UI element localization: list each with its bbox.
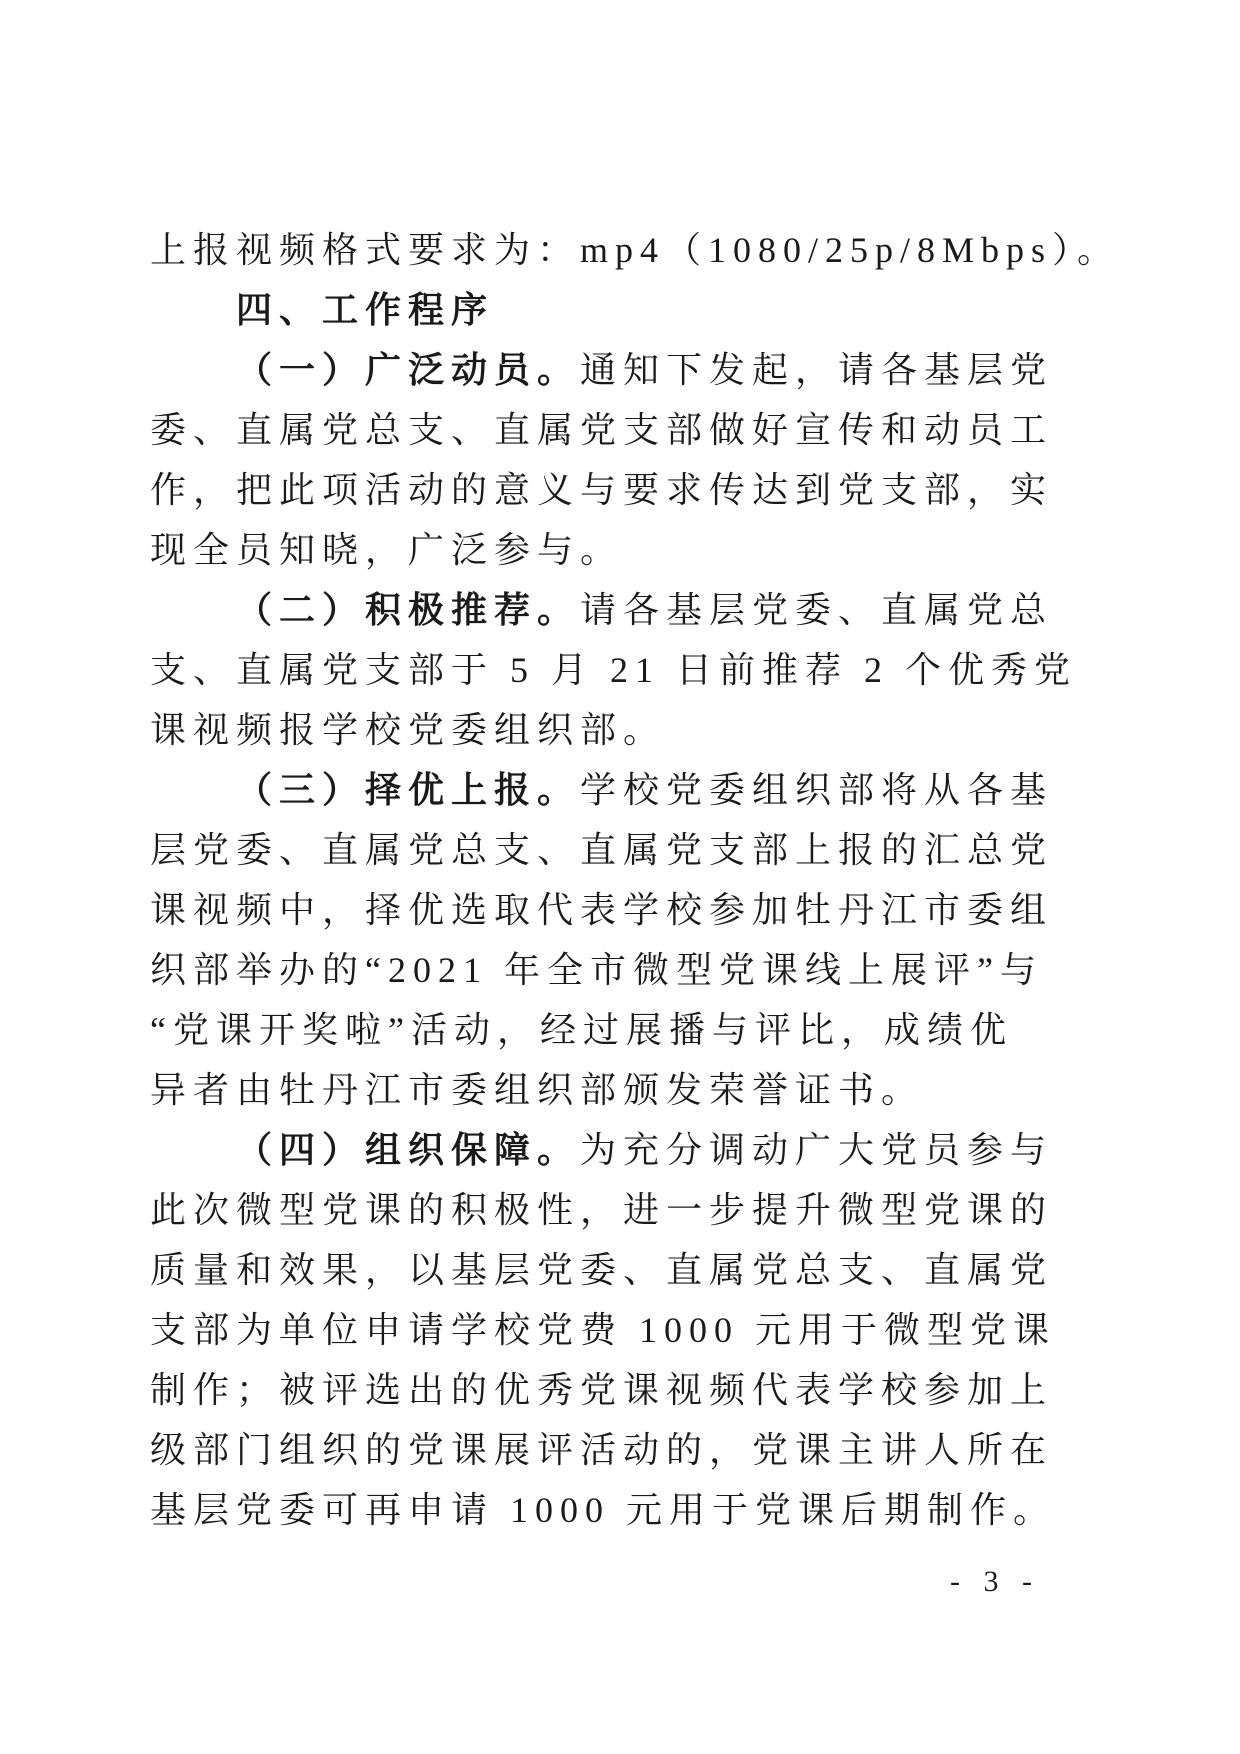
text-line: 织部举办的“2021 年全市微型党课线上展评”与 (150, 940, 1086, 1000)
text-line: 课视频报学校党委组织部。 (150, 700, 1086, 760)
text-line: 质量和效果，以基层党委、直属党总支、直属党 (150, 1240, 1086, 1300)
text-line: （一）广泛动员。通知下发起，请各基层党 (150, 340, 1086, 400)
bold-text-segment: （四）组织保障。 (236, 1130, 580, 1170)
text-line: 上报视频格式要求为：mp4（1080/25p/8Mbps）。 (150, 220, 1086, 280)
page-number: - 3 - (950, 1562, 1040, 1602)
text-line: （四）组织保障。为充分调动广大党员参与 (150, 1120, 1086, 1180)
text-line: “党课开奖啦”活动，经过展播与评比，成绩优 (150, 1000, 1086, 1060)
bold-text-segment: 四、工作程序 (236, 290, 494, 330)
text-segment: 学校党委组织部将从各基 (580, 770, 1053, 810)
text-segment: 课视频报学校党委组织部。 (150, 710, 666, 750)
text-line: 级部门组织的党课展评活动的，党课主讲人所在 (150, 1420, 1086, 1480)
bold-text-segment: （一）广泛动员。 (236, 350, 580, 390)
text-segment: 支部为单位申请学校党费 1000 元用于微型党课 (150, 1310, 1056, 1350)
text-segment: 上报视频格式要求为：mp4（1080/25p/8Mbps）。 (150, 230, 1120, 270)
text-segment: 制作；被评选出的优秀党课视频代表学校参加上 (150, 1370, 1053, 1410)
bold-text-segment: （三）择优上报。 (236, 770, 580, 810)
text-segment: 课视频中，择优选取代表学校参加牡丹江市委组 (150, 890, 1053, 930)
text-segment: 委、直属党总支、直属党支部做好宣传和动员工 (150, 410, 1053, 450)
text-segment: 层党委、直属党总支、直属党支部上报的汇总党 (150, 830, 1053, 870)
text-segment: 通知下发起，请各基层党 (580, 350, 1053, 390)
text-segment: 支、直属党支部于 5 月 21 日前推荐 2 个优秀党 (150, 650, 1077, 690)
text-line: （三）择优上报。学校党委组织部将从各基 (150, 760, 1086, 820)
text-segment: 级部门组织的党课展评活动的，党课主讲人所在 (150, 1430, 1053, 1470)
text-line: （二）积极推荐。请各基层党委、直属党总 (150, 580, 1086, 640)
text-segment: 质量和效果，以基层党委、直属党总支、直属党 (150, 1250, 1053, 1290)
text-segment: 现全员知晓，广泛参与。 (150, 530, 623, 570)
text-line: 异者由牡丹江市委组织部颁发荣誉证书。 (150, 1060, 1086, 1120)
text-line: 课视频中，择优选取代表学校参加牡丹江市委组 (150, 880, 1086, 940)
text-segment: 异者由牡丹江市委组织部颁发荣誉证书。 (150, 1070, 924, 1110)
document-body: 上报视频格式要求为：mp4（1080/25p/8Mbps）。四、工作程序（一）广… (150, 220, 1086, 1540)
text-segment: 织部举办的“2021 年全市微型党课线上展评”与 (150, 950, 1043, 990)
text-segment: 为充分调动广大党员参与 (580, 1130, 1053, 1170)
text-segment: 请各基层党委、直属党总 (580, 590, 1053, 630)
text-segment: 作，把此项活动的意义与要求传达到党支部，实 (150, 470, 1053, 510)
text-line: 制作；被评选出的优秀党课视频代表学校参加上 (150, 1360, 1086, 1420)
section-heading: 四、工作程序 (150, 280, 1086, 340)
text-line: 委、直属党总支、直属党支部做好宣传和动员工 (150, 400, 1086, 460)
text-line: 层党委、直属党总支、直属党支部上报的汇总党 (150, 820, 1086, 880)
text-line: 支、直属党支部于 5 月 21 日前推荐 2 个优秀党 (150, 640, 1086, 700)
text-line: 此次微型党课的积极性，进一步提升微型党课的 (150, 1180, 1086, 1240)
document-page: 上报视频格式要求为：mp4（1080/25p/8Mbps）。四、工作程序（一）广… (0, 0, 1240, 1754)
text-line: 支部为单位申请学校党费 1000 元用于微型党课 (150, 1300, 1086, 1360)
text-segment: 基层党委可再申请 1000 元用于党课后期制作。 (150, 1490, 1056, 1530)
text-segment: 此次微型党课的积极性，进一步提升微型党课的 (150, 1190, 1053, 1230)
bold-text-segment: （二）积极推荐。 (236, 590, 580, 630)
text-line: 基层党委可再申请 1000 元用于党课后期制作。 (150, 1480, 1086, 1540)
text-segment: “党课开奖啦”活动，经过展播与评比，成绩优 (150, 1010, 1013, 1050)
text-line: 现全员知晓，广泛参与。 (150, 520, 1086, 580)
text-line: 作，把此项活动的意义与要求传达到党支部，实 (150, 460, 1086, 520)
